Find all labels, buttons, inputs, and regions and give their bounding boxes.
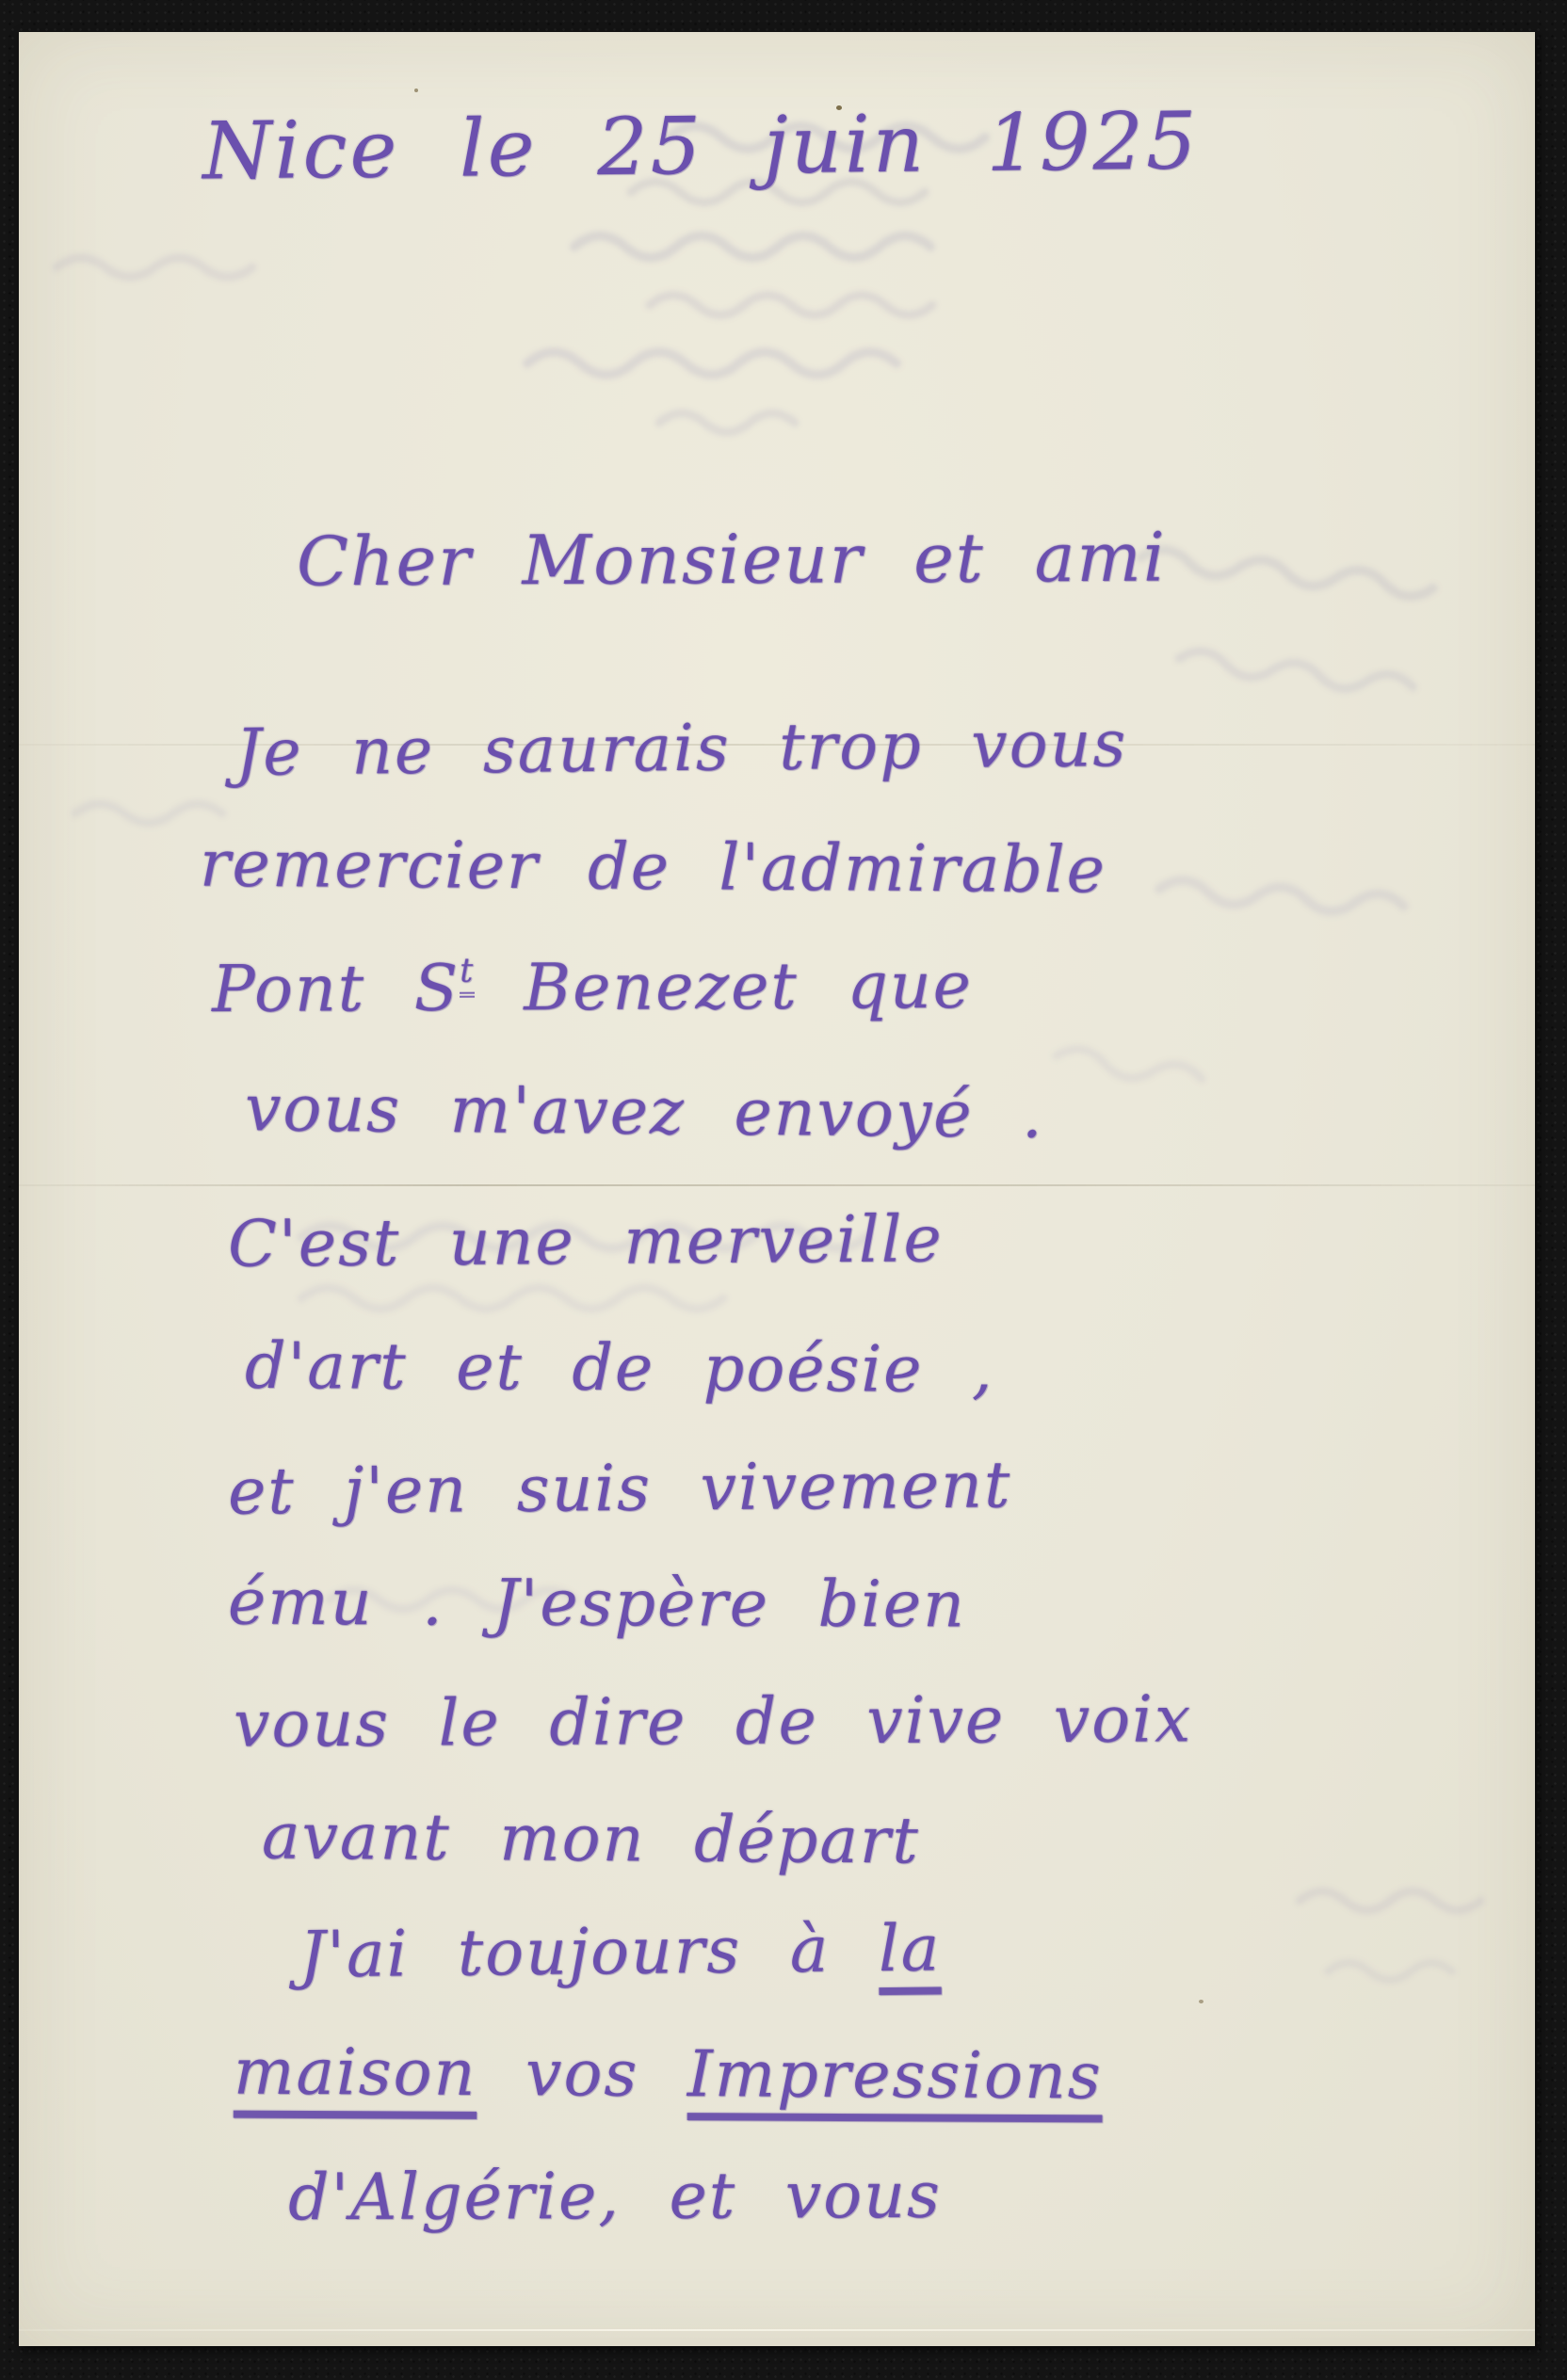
letter-line: vous le dire de vive voix: [234, 1682, 1193, 1761]
letter-line: d'art et de poésie ,: [245, 1329, 994, 1407]
letter-word-segment: remercier de l'admirable: [200, 828, 1107, 909]
paper-bottom-edge-highlight: [19, 2329, 1535, 2331]
letter-word-emphasized: Impressions: [687, 2037, 1103, 2114]
letter-line: Je ne saurais trop vous: [235, 707, 1128, 791]
letter-line: et j'en suis vivement: [228, 1448, 1012, 1529]
letter-word-emphasized: maison: [234, 2035, 477, 2111]
letter-word-segment: J'ai toujours à: [299, 1912, 880, 1992]
letter-word-segment: Je ne saurais trop vous: [235, 707, 1128, 791]
verso-bleedthrough-strokes: [19, 32, 1535, 2346]
letter-word-segment: ému . J'espère bien: [228, 1566, 966, 1643]
letter-line: J'ai toujours à la: [299, 1911, 942, 1992]
letter-paper: Nice le 25 juin 1925 Cher Monsieur et am…: [19, 32, 1535, 2346]
letter-line: maison vos Impressions: [234, 2035, 1103, 2115]
letter-word-segment: d'art et de poésie ,: [245, 1329, 994, 1407]
letter-word-segment: vos: [477, 2036, 687, 2112]
letter-line: Pont St Benezet que: [212, 949, 973, 1027]
letter-word-segment: C'est une merveille: [228, 1202, 944, 1281]
letter-word-emphasized: la: [878, 1911, 941, 1986]
letter-line: ému . J'espère bien: [228, 1566, 966, 1643]
letter-date-line: Nice le 25 juin 1925: [202, 94, 1200, 197]
letter-line: vous m'avez envoyé .: [245, 1071, 1044, 1152]
letter-word-segment: et j'en suis vivement: [228, 1448, 1012, 1529]
letter-line: C'est une merveille: [228, 1202, 944, 1281]
letter-word-segment: avant mon départ: [262, 1800, 920, 1879]
paper-speck: [414, 88, 418, 92]
letter-word-segment: Benezet que: [475, 949, 973, 1026]
letter-word-emphasized: t: [460, 952, 475, 998]
letter-word-segment: vous le dire de vive voix: [234, 1682, 1193, 1761]
photograph-black-backing: Nice le 25 juin 1925 Cher Monsieur et am…: [0, 0, 1567, 2380]
letter-word-segment: d'Algérie, et vous: [288, 2159, 942, 2235]
letter-word-segment: vous m'avez envoyé .: [245, 1071, 1044, 1152]
letter-line: avant mon départ: [262, 1800, 920, 1879]
letter-line: remercier de l'admirable: [200, 828, 1107, 909]
fold-crease-middle: [19, 1184, 1535, 1186]
letter-salutation: Cher Monsieur et ami: [297, 518, 1167, 602]
paper-speck: [1199, 2000, 1204, 2003]
letter-word-segment: Pont S: [212, 952, 460, 1027]
letter-line: d'Algérie, et vous: [288, 2159, 942, 2235]
